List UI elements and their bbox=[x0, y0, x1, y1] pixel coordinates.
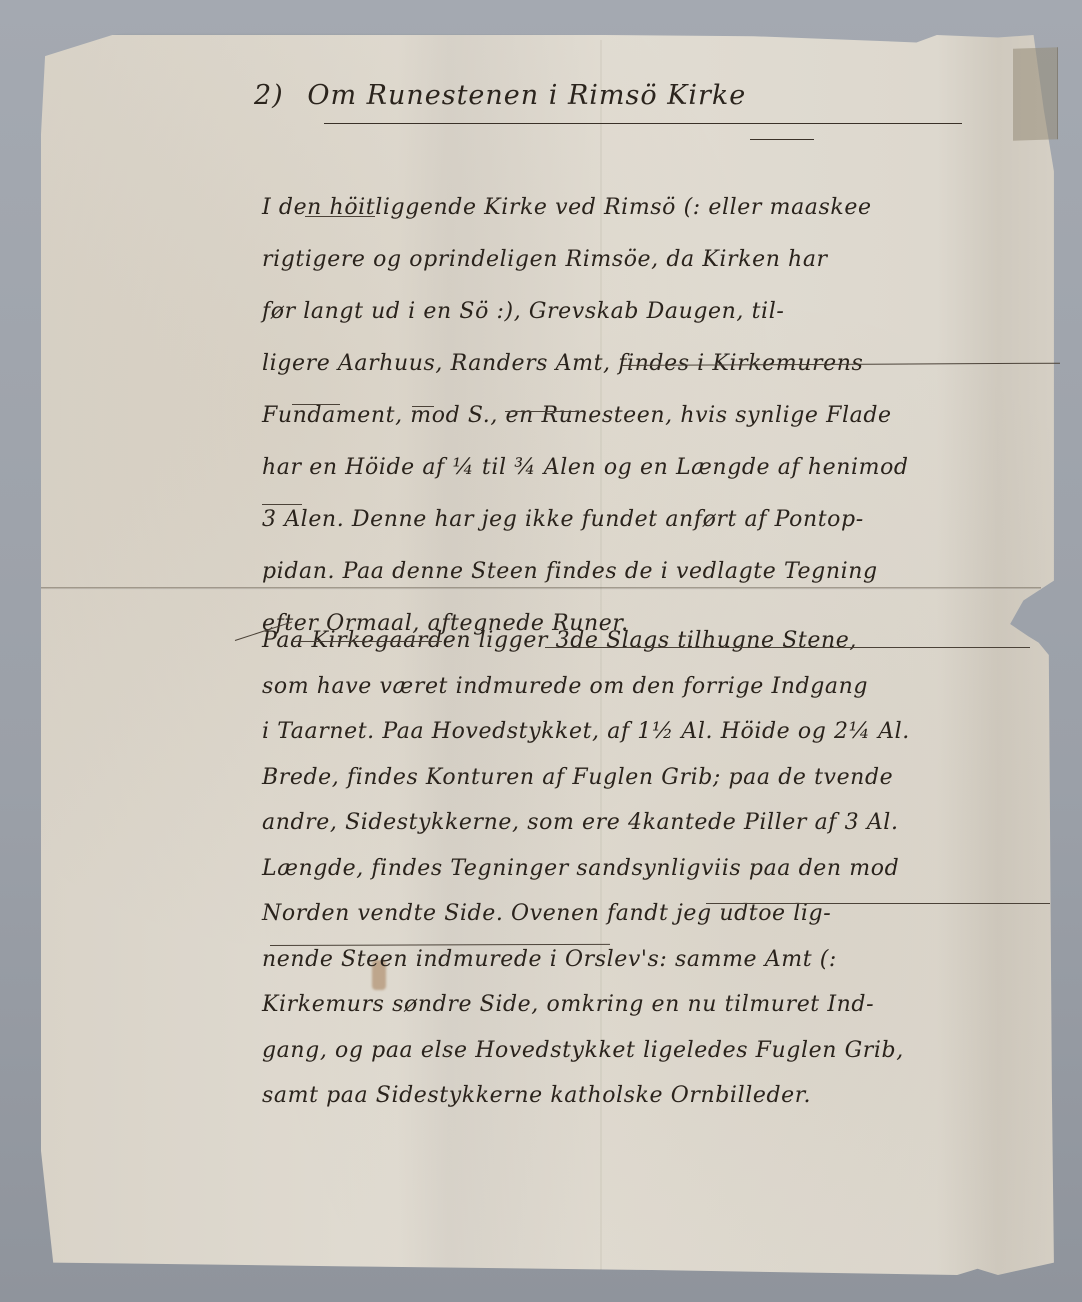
section-number: 2) bbox=[254, 80, 284, 111]
underline-runesteen bbox=[505, 411, 579, 412]
text-line: før langt ud i en Sö :), Grevskab Daugen… bbox=[262, 286, 1052, 338]
heading-title: Om Runestenen i Rimsö Kirke bbox=[307, 80, 746, 111]
text-line: nende Steen indmurede i Orslev's: samme … bbox=[262, 937, 1052, 983]
text-line: som have været indmurede om den forrige … bbox=[262, 664, 1052, 710]
underline-3-alen bbox=[262, 504, 302, 505]
text-line: har en Höide af ¼ til ¾ Alen og en Længd… bbox=[262, 442, 1052, 494]
underline-mod-s bbox=[412, 406, 434, 407]
heading-sub-underline bbox=[750, 139, 814, 140]
paragraph-1: I den höitliggende Kirke ved Rimsö (: el… bbox=[262, 182, 1052, 650]
text-line: Fundament, mod S., en Runesteen, hvis sy… bbox=[262, 390, 1052, 442]
text-line: rigtigere og oprindeligen Rimsöe, da Kir… bbox=[262, 234, 1052, 286]
underline-tilhugne bbox=[545, 647, 1030, 648]
text-line: i Taarnet. Paa Hovedstykket, af 1½ Al. H… bbox=[262, 709, 1052, 755]
text-line: Kirkemurs søndre Side, omkring en nu til… bbox=[262, 982, 1052, 1028]
heading-underline bbox=[324, 123, 962, 124]
page-heading: 2) Om Runestenen i Rimsö Kirke bbox=[254, 80, 944, 130]
text-line: samt paa Sidestykkerne katholske Ornbill… bbox=[262, 1073, 1052, 1119]
text-line: Længde, findes Tegninger sandsynligviis … bbox=[262, 846, 1052, 892]
underline-fundament bbox=[292, 404, 340, 405]
text-line: gang, og paa else Hovedstykket ligeledes… bbox=[262, 1028, 1052, 1074]
text-line: pidan. Paa denne Steen findes de i vedla… bbox=[262, 546, 1052, 598]
text-line: I den höitliggende Kirke ved Rimsö (: el… bbox=[262, 182, 1052, 234]
paragraph-2: Paa Kirkegaarden ligger 3de Slags tilhug… bbox=[262, 618, 1052, 1119]
text-line: Brede, findes Konturen af Fuglen Grib; p… bbox=[262, 755, 1052, 801]
text-line: andre, Sidestykkerne, som ere 4kantede P… bbox=[262, 800, 1052, 846]
underline-lig bbox=[706, 903, 1050, 904]
text-line: Norden vendte Side. Ovenen fandt jeg udt… bbox=[262, 891, 1052, 937]
underline-kirkegaarden bbox=[292, 641, 442, 642]
underline-hoitliggende bbox=[305, 216, 375, 217]
text-line: 3 Alen. Denne har jeg ikke fundet anført… bbox=[262, 494, 1052, 546]
repair-tape bbox=[1013, 47, 1058, 141]
